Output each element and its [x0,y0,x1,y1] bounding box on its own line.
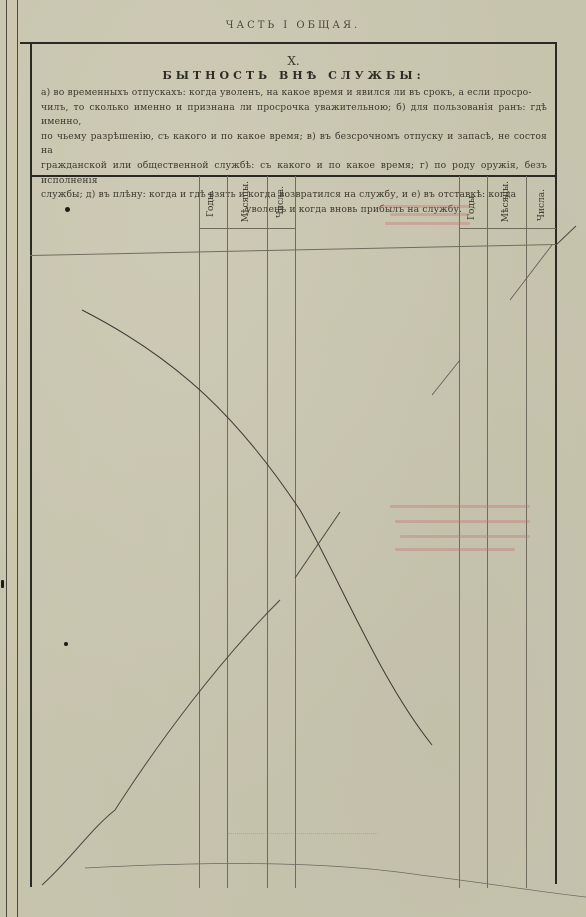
ink-spot [65,207,70,212]
ink-spot [1,580,4,588]
ink-spot [64,642,68,646]
faint-stamp-text [228,833,378,860]
pencil-strikes [0,0,586,917]
